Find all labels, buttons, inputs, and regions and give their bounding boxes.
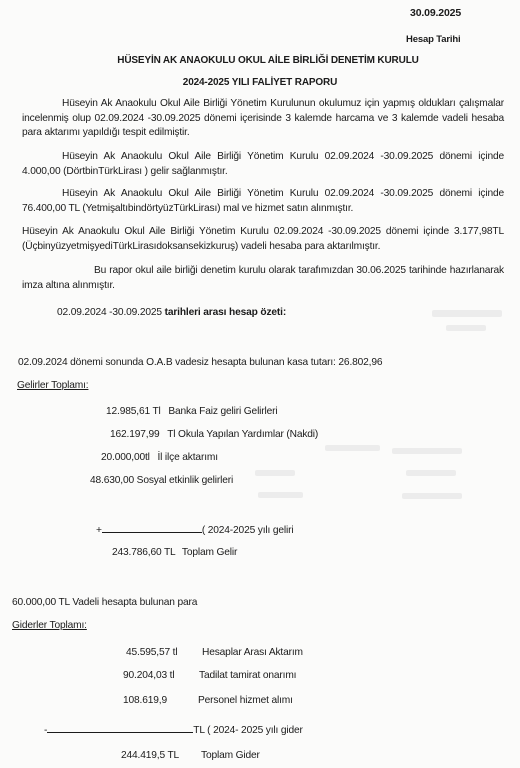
income-label: Banka Faiz geliri Gelirleri (168, 406, 277, 417)
report-title: HÜSEYİN AK ANAOKULU OKUL AİLE BİRLİĞİ DE… (0, 54, 520, 67)
report-date: 30.09.2025 (410, 7, 461, 20)
income-total-amount: 243.786,60 TL (112, 547, 175, 558)
income-amount: 12.985,61 Tl (106, 406, 161, 417)
bleed-through-mark (255, 470, 295, 476)
summary-heading-text: tarihleri arası hesap özeti: (165, 307, 287, 318)
income-amount: 162.197,99 (110, 429, 160, 440)
bleed-through-mark (392, 448, 462, 454)
income-label: Tl Okula Yapılan Yardımlar (Nakdi) (167, 429, 318, 440)
income-sum-line: +( 2024-2025 yılı geliri (96, 524, 294, 537)
paragraph-deposit: Hüseyin Ak Anaokulu Okul Aile Birliği Yö… (22, 225, 504, 254)
bleed-through-mark (325, 445, 380, 451)
expenses-heading: Giderler Toplamı: (12, 619, 87, 632)
income-heading: Gelirler Toplamı: (17, 379, 88, 392)
expense-amount: 108.619,9 (123, 694, 198, 707)
expense-total-amount: 244.419,5 TL (121, 749, 201, 762)
sum-underline (102, 524, 202, 533)
report-subtitle: 2024-2025 YILI FALİYET RAPORU (0, 76, 520, 89)
report-date-label: Hesap Tarihi (406, 33, 461, 46)
bleed-through-mark (406, 470, 456, 476)
income-total-label: Toplam Gelir (182, 547, 237, 558)
expense-amount: 45.595,57 tl (126, 646, 202, 659)
expense-item: 90.204,03 tlTadilat tamirat onarımı (123, 669, 296, 682)
income-item: 12.985,61 Tl Banka Faiz geliri Gelirleri (106, 405, 278, 418)
expense-label: Personel hizmet alımı (198, 695, 293, 706)
sum-underline (47, 724, 193, 733)
paragraph-purchases: Hüseyin Ak Anaokulu Okul Aile Birliği Yö… (22, 187, 504, 216)
document-page: 30.09.2025 Hesap Tarihi HÜSEYİN AK ANAOK… (0, 0, 520, 768)
summary-period: 02.09.2024 -30.09.2025 (57, 307, 162, 318)
income-amount: 20.000,00tl (101, 452, 150, 463)
expense-item: 45.595,57 tlHesaplar Arası Aktarım (126, 646, 303, 659)
paragraph-signature-note: Bu rapor okul aile birliği denetim kurul… (22, 264, 504, 293)
bleed-through-mark (446, 325, 486, 331)
opening-balance: 02.09.2024 dönemi sonunda O.A.B vadesiz … (18, 356, 382, 369)
expense-label: Tadilat tamirat onarımı (199, 670, 296, 681)
expense-label: Hesaplar Arası Aktarım (202, 647, 303, 658)
income-label: Sosyal etkinlik gelirleri (137, 475, 233, 486)
income-amount: 48.630,00 (90, 475, 134, 486)
income-line-label: ( 2024-2025 yılı geliri (202, 525, 294, 536)
summary-heading: 02.09.2024 -30.09.2025 tarihleri arası h… (57, 306, 286, 319)
bleed-through-mark (402, 493, 462, 499)
bleed-through-mark (432, 310, 502, 317)
paragraph-findings: Hüseyin Ak Anaokulu Okul Aile Birliği Yö… (22, 97, 504, 141)
income-label: İl ilçe aktarımı (157, 452, 217, 463)
term-deposit: 60.000,00 TL Vadeli hesapta bulunan para (12, 596, 197, 609)
expense-total: 244.419,5 TLToplam Gider (121, 749, 260, 762)
income-item: 48.630,00 Sosyal etkinlik gelirleri (90, 474, 233, 487)
expense-amount: 90.204,03 tl (123, 669, 199, 682)
income-item: 162.197,99 Tl Okula Yapılan Yardımlar (N… (110, 428, 318, 441)
expense-total-label: Toplam Gider (201, 750, 260, 761)
income-total: 243.786,60 TL Toplam Gelir (112, 546, 237, 559)
expense-line-label: TL ( 2024- 2025 yılı gider (193, 725, 303, 736)
bleed-through-mark (258, 492, 303, 498)
income-item: 20.000,00tl İl ilçe aktarımı (101, 451, 218, 464)
expense-item: 108.619,9Personel hizmet alımı (123, 694, 293, 707)
expense-sum-line: -TL ( 2024- 2025 yılı gider (44, 724, 303, 737)
paragraph-income: Hüseyin Ak Anaokulu Okul Aile Birliği Yö… (22, 150, 504, 179)
